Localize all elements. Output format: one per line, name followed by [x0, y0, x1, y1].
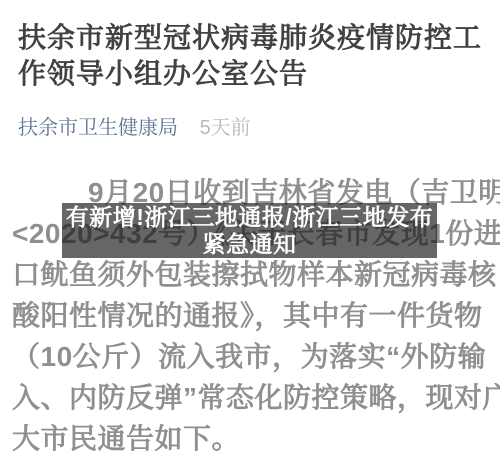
article-body-line: 口鱿鱼须外包装擦拭物样本新冠病毒核 — [12, 254, 494, 295]
publisher-link[interactable]: 扶余市卫生健康局 — [18, 117, 178, 139]
article-page: 扶余市新型冠状病毒肺炎疫情防控工作领导小组办公室公告 扶余市卫生健康局 5天前 … — [0, 0, 500, 460]
caption-line-1: 有新增!浙江三地通报/浙江三地发布 — [66, 204, 434, 231]
caption-line-2: 紧急通知 — [203, 231, 297, 258]
byline: 扶余市卫生健康局 5天前 — [18, 116, 251, 140]
article-body-line: 入、内防反弹”常态化防控策略，现对广 — [12, 377, 494, 418]
article-title: 扶余市新型冠状病毒肺炎疫情防控工作领导小组办公室公告 — [18, 20, 486, 92]
article-body-line: 酸阳性情况的通报》，其中有一件货物 — [12, 295, 494, 336]
video-caption-overlay[interactable]: 有新增!浙江三地通报/浙江三地发布 紧急通知 — [62, 203, 437, 258]
publish-time: 5天前 — [200, 117, 251, 139]
article-body-line: 大市民通告如下。 — [12, 418, 494, 459]
article-body-line: （10公斤）流入我市，为落实“外防输 — [12, 336, 494, 377]
